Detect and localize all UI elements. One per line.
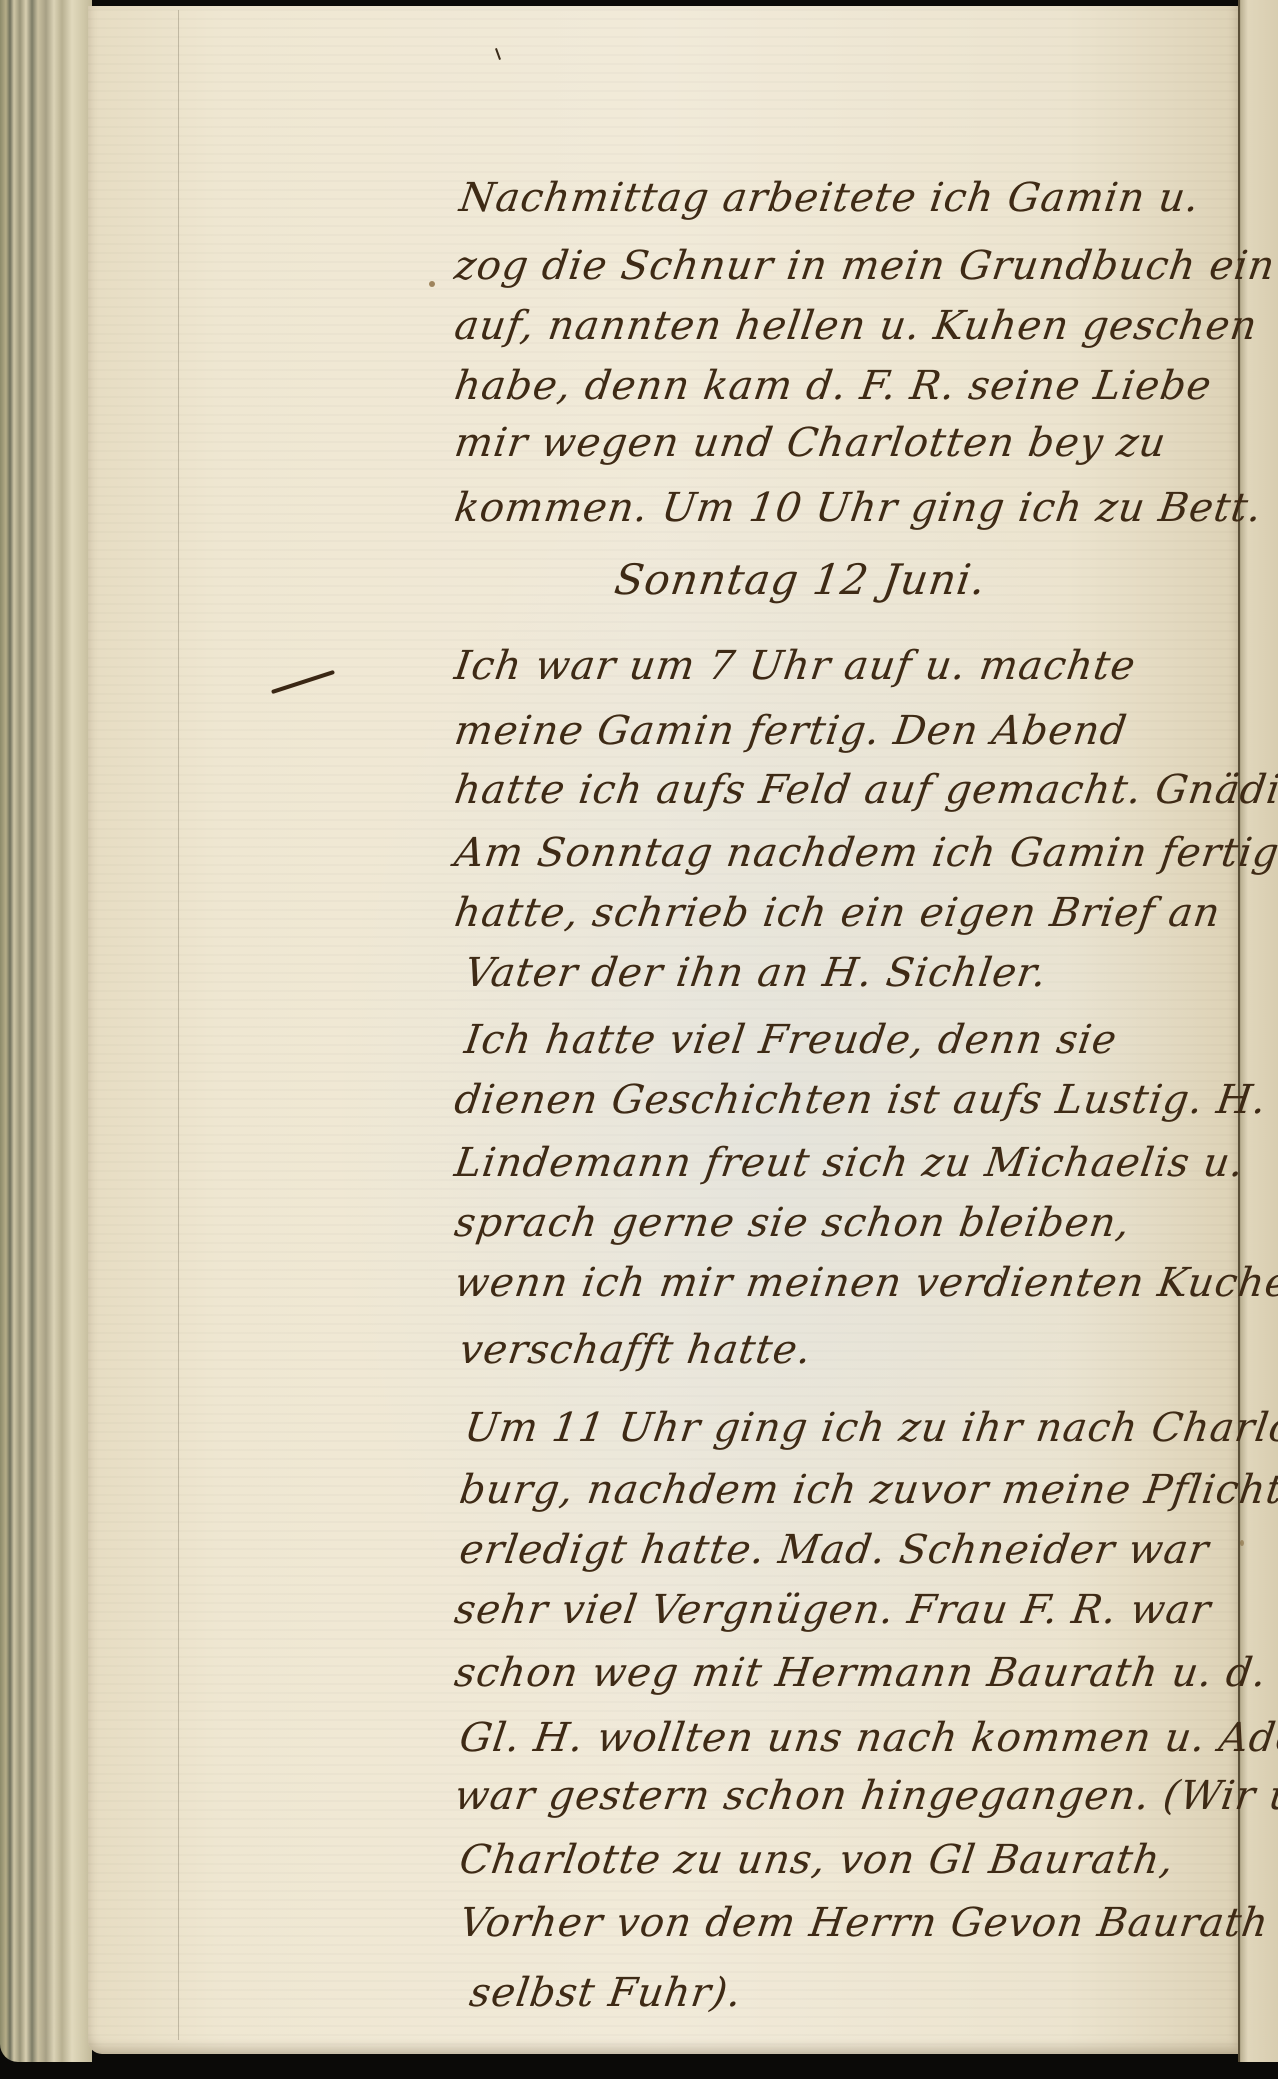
text-line: hatte, schrieb ich ein eigen Brief an <box>452 890 1224 936</box>
text-line: hatte ich aufs Feld auf gemacht. Gnädig. <box>452 767 1278 813</box>
text-line: Ich war um 7 Uhr auf u. machte <box>452 643 1139 689</box>
text-line: habe, denn kam d. F. R. seine Liebe <box>452 363 1215 409</box>
text-line: auf, nannten hellen u. Kuhen geschen <box>452 303 1261 349</box>
text-line: wenn ich mir meinen verdienten Kuchen, <box>452 1260 1278 1306</box>
text-line: war gestern schon hingegangen. (Wir u. <box>452 1773 1278 1819</box>
text-line: selbst Fuhr). <box>467 1970 745 2016</box>
stacked-page-edges <box>0 0 92 2062</box>
text-line: Um 11 Uhr ging ich zu ihr nach Charlotte… <box>462 1405 1278 1451</box>
scan-bottom-border <box>0 2062 1278 2079</box>
text-line: Lindemann freut sich zu Michaelis u. <box>452 1140 1248 1186</box>
text-line: dienen Geschichten ist aufs Lustig. H. <box>452 1077 1270 1123</box>
manuscript-scan: Nachmittag arbeitete ich Gamin u. zog di… <box>0 0 1278 2062</box>
text-line: meine Gamin fertig. Den Abend <box>452 708 1130 754</box>
text-line: Ich hatte viel Freude, denn sie <box>462 1017 1120 1063</box>
text-line: verschafft hatte. <box>457 1327 815 1373</box>
entry-date-heading: Sonntag 12 Juni. <box>612 555 990 604</box>
text-line: kommen. Um 10 Uhr ging ich zu Bett. <box>452 485 1265 531</box>
text-line: Nachmittag arbeitete ich Gamin u. <box>457 175 1203 221</box>
text-line: schon weg mit Hermann Baurath u. d. <box>452 1650 1270 1696</box>
text-line: sehr viel Vergnügen. Frau F. R. war <box>452 1587 1214 1633</box>
text-line: erledigt hatte. Mad. Schneider war <box>457 1527 1212 1573</box>
text-line: sprach gerne sie schon bleiben, <box>452 1200 1134 1246</box>
text-line: Vorher von dem Herrn Gevon Baurath <box>457 1900 1272 1946</box>
text-line: Gl. H. wollten uns nach kommen u. Adolph <box>457 1715 1278 1761</box>
text-line: Am Sonntag nachdem ich Gamin fertig <box>452 830 1278 876</box>
ruled-margin-line <box>178 10 179 2040</box>
text-line: burg, nachdem ich zuvor meine Pflichten <box>457 1467 1278 1513</box>
text-line: mir wegen und Charlotten bey zu <box>452 420 1169 466</box>
paper-stain <box>1240 1540 1244 1546</box>
text-line: Charlotte zu uns, von Gl Baurath, <box>457 1837 1177 1883</box>
text-line: zog die Schnur in mein Grundbuch ein <box>452 243 1278 289</box>
ink-spot <box>429 281 435 287</box>
text-line: Vater der ihn an H. Sichler. <box>462 950 1050 996</box>
